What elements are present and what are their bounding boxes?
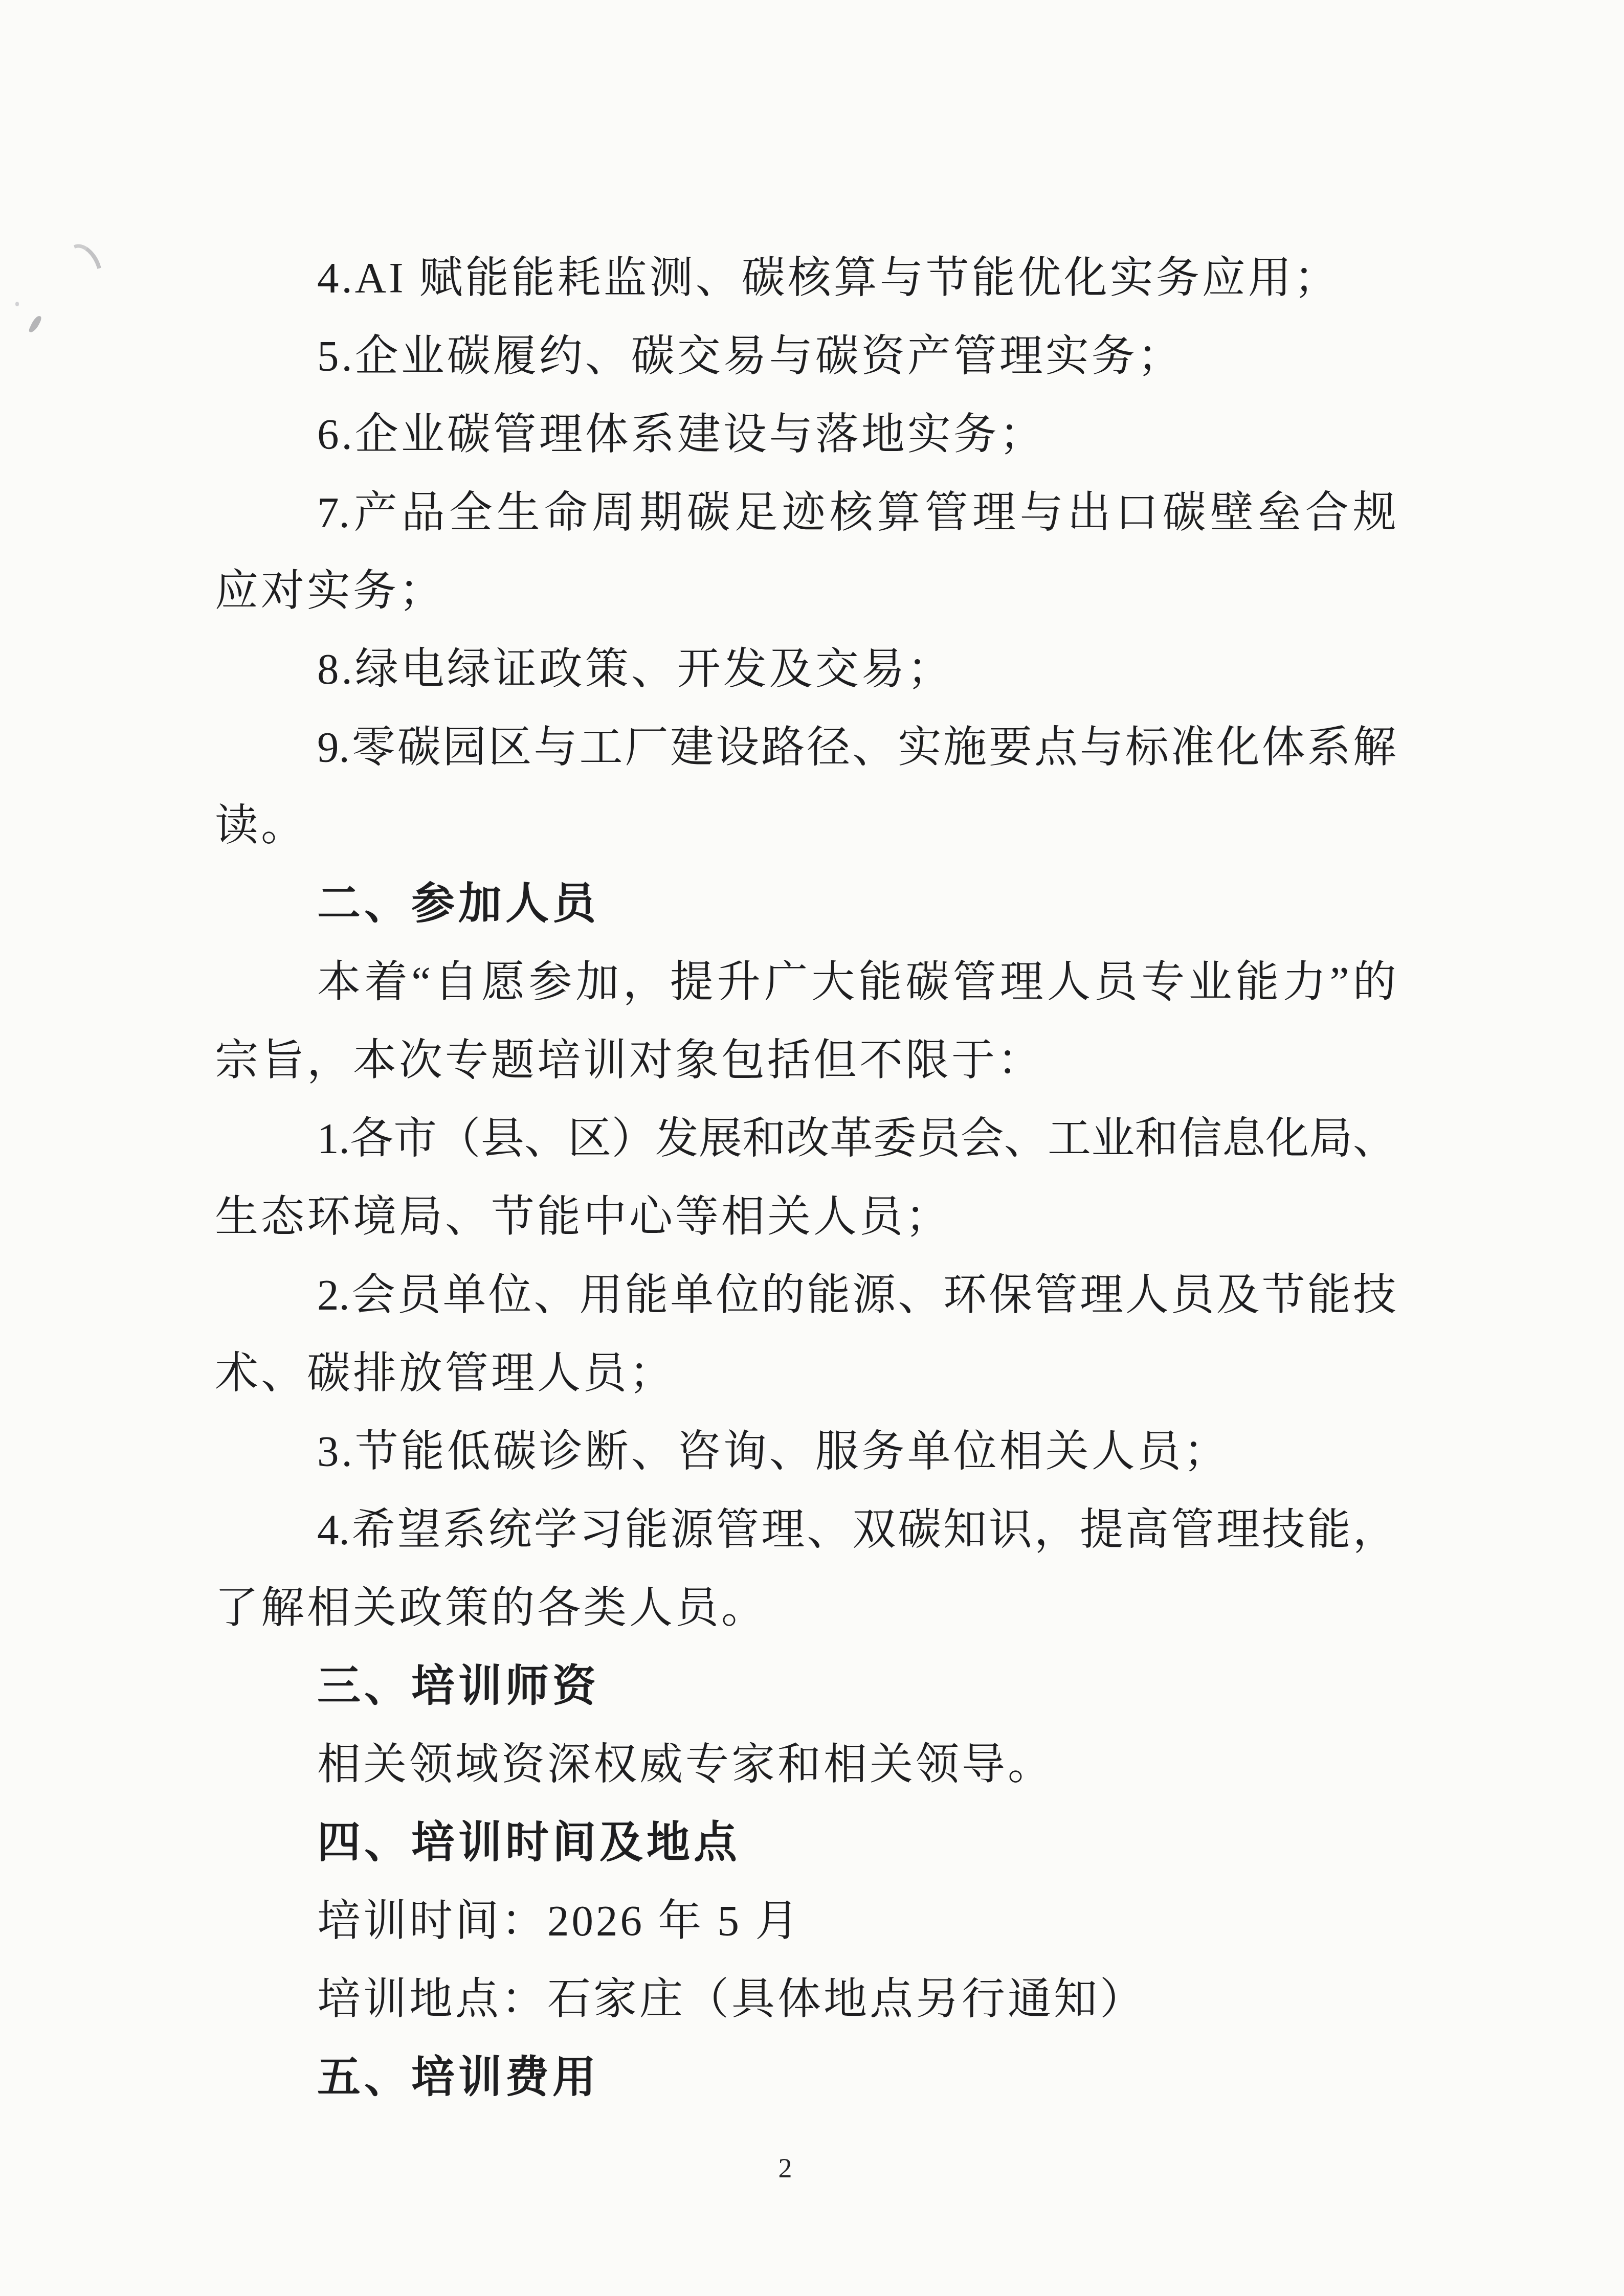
section-heading: 五、培训费用 — [215, 2039, 1396, 2117]
text-line: 8.绿电绿证政策、开发及交易； — [215, 631, 1396, 709]
text-line: 2.会员单位、用能单位的能源、环保管理人员及节能技 — [215, 1256, 1396, 1335]
text-line: 1.各市（县、区）发展和改革委员会、工业和信息化局、 — [215, 1100, 1396, 1178]
text-line: 4.AI 赋能能耗监测、碳核算与节能优化实务应用； — [215, 239, 1396, 318]
text-line: 了解相关政策的各类人员。 — [215, 1569, 1396, 1648]
text-line: 4.希望系统学习能源管理、双碳知识，提高管理技能， — [215, 1491, 1396, 1569]
text-line: 宗旨，本次专题培训对象包括但不限于： — [215, 1022, 1396, 1100]
text-line: 相关领域资深权威专家和相关领导。 — [215, 1726, 1396, 1804]
text-line: 培训地点：石家庄（具体地点另行通知） — [215, 1961, 1396, 2039]
document-body: 4.AI 赋能能耗监测、碳核算与节能优化实务应用；5.企业碳履约、碳交易与碳资产… — [215, 239, 1396, 2117]
text-line: 生态环境局、节能中心等相关人员； — [215, 1178, 1396, 1256]
section-heading: 三、培训师资 — [215, 1648, 1396, 1726]
text-line: 3.节能低碳诊断、咨询、服务单位相关人员； — [215, 1413, 1396, 1491]
scan-artifact-hook — [74, 239, 101, 274]
section-heading: 二、参加人员 — [215, 865, 1396, 943]
text-line: 7.产品全生命周期碳足迹核算管理与出口碳壁垒合规 — [215, 474, 1396, 552]
text-line: 本着“自愿参加，提升广大能碳管理人员专业能力”的 — [215, 943, 1396, 1022]
text-line: 术、碳排放管理人员； — [215, 1335, 1396, 1413]
scan-artifact-comma — [28, 314, 42, 334]
scanned-document-page: 4.AI 赋能能耗监测、碳核算与节能优化实务应用；5.企业碳履约、碳交易与碳资产… — [0, 0, 1624, 2296]
scan-artifact-speck — [15, 302, 19, 306]
text-line: 应对实务； — [215, 552, 1396, 631]
text-line: 培训时间：2026 年 5 月 — [215, 1882, 1396, 1961]
text-line: 5.企业碳履约、碳交易与碳资产管理实务； — [215, 318, 1396, 396]
text-line: 读。 — [215, 787, 1396, 865]
text-line: 9.零碳园区与工厂建设路径、实施要点与标准化体系解 — [215, 709, 1396, 787]
page-number: 2 — [194, 2150, 1376, 2186]
section-heading: 四、培训时间及地点 — [215, 1804, 1396, 1882]
text-line: 6.企业碳管理体系建设与落地实务； — [215, 396, 1396, 474]
